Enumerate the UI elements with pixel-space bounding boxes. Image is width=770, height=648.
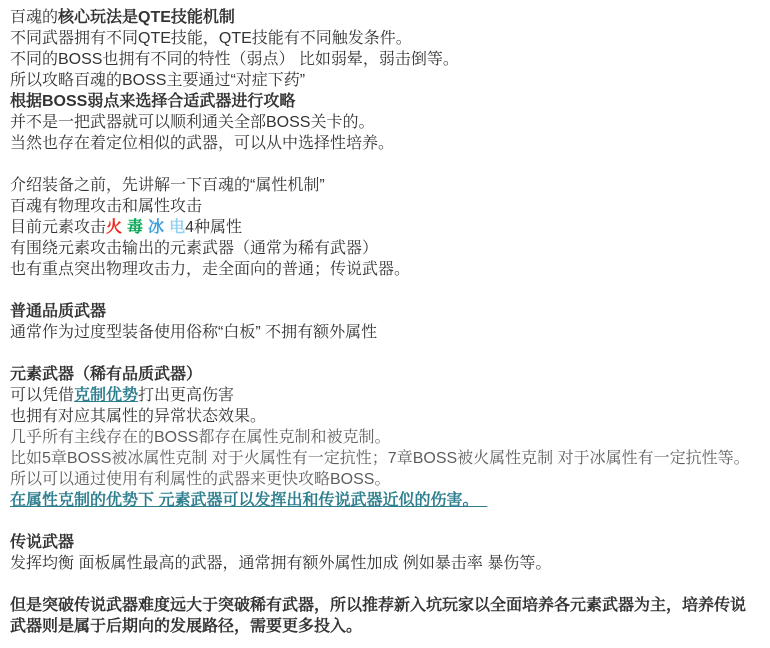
text-line: 在属性克制的优势下 元素武器可以发挥出和传说武器近似的伤害。: [10, 490, 760, 511]
text-line: 所以攻略百魂的BOSS主要通过“对症下药”: [10, 70, 760, 91]
ice-element-label: 冰: [148, 219, 164, 236]
blank-line: [10, 343, 760, 364]
text-line: 不同武器拥有不同QTE技能，QTE技能有不同触发条件。: [10, 28, 760, 49]
text-line: 不同的BOSS也拥有不同的特性（弱点） 比如弱晕，弱击倒等。: [10, 49, 760, 70]
text-line: 并不是一把武器就可以顺利通关全部BOSS关卡的。: [10, 112, 760, 133]
counter-advantage-link[interactable]: 克制优势: [74, 387, 138, 404]
section-heading-legendary-weapons: 传说武器: [10, 532, 760, 553]
blank-line: [10, 280, 760, 301]
section-heading-normal-weapons: 普通品质武器: [10, 301, 760, 322]
line-prefix: 可以凭借: [10, 387, 74, 404]
blank-line: [10, 154, 760, 175]
closing-advice-paragraph: 但是突破传说武器难度远大于突破稀有武器，所以推荐新入坑玩家以全面培养各元素武器为…: [10, 595, 760, 637]
text-line: 百魂的核心玩法是QTE技能机制: [10, 7, 760, 28]
poison-element-label: 毒: [127, 219, 143, 236]
blank-line: [10, 574, 760, 595]
text-line: 可以凭借克制优势打出更高伤害: [10, 385, 760, 406]
text-line: 比如5章BOSS被冰属性克制 对于火属性有一定抗性；7章BOSS被火属性克制 对…: [10, 448, 760, 469]
text-line: 也拥有对应其属性的异常状态效果。: [10, 406, 760, 427]
blank-line: [10, 511, 760, 532]
text-line: 百魂有物理攻击和属性攻击: [10, 196, 760, 217]
electric-element-label: 电: [169, 219, 185, 236]
article-body: 百魂的核心玩法是QTE技能机制 不同武器拥有不同QTE技能，QTE技能有不同触发…: [0, 0, 770, 637]
text-line: 有围绕元素攻击输出的元素武器（通常为稀有武器）: [10, 238, 760, 259]
line-suffix: 4种属性: [185, 219, 242, 236]
element-types-line: 目前元素攻击火毒冰电4种属性: [10, 217, 760, 238]
emphasis-line: 根据BOSS弱点来选择合适武器进行攻略: [10, 91, 760, 112]
intro-bold-text: 核心玩法是QTE技能机制: [58, 9, 235, 26]
line-prefix: 目前元素攻击: [10, 219, 106, 236]
fire-element-label: 火: [106, 219, 122, 236]
line-suffix: 打出更高伤害: [138, 387, 234, 404]
text-line: 发挥均衡 面板属性最高的武器，通常拥有额外属性加成 例如暴击率 暴伤等。: [10, 553, 760, 574]
text-line: 介绍装备之前，先讲解一下百魂的“属性机制”: [10, 175, 760, 196]
text-line: 通常作为过度型装备使用俗称“白板” 不拥有额外属性: [10, 322, 760, 343]
line-prefix: 百魂的: [10, 9, 58, 26]
elemental-damage-link[interactable]: 在属性克制的优势下 元素武器可以发挥出和传说武器近似的伤害。: [10, 492, 478, 509]
text-line: 所以可以通过使用有利属性的武器来更快攻略BOSS。: [10, 469, 760, 490]
section-heading-elemental-weapons: 元素武器（稀有品质武器）: [10, 364, 760, 385]
link-underline-tail: [478, 492, 487, 509]
text-line: 几乎所有主线存在的BOSS都存在属性克制和被克制。: [10, 427, 760, 448]
text-line: 当然也存在着定位相似的武器，可以从中选择性培养。: [10, 133, 760, 154]
text-line: 也有重点突出物理攻击力，走全面向的普通；传说武器。: [10, 259, 760, 280]
